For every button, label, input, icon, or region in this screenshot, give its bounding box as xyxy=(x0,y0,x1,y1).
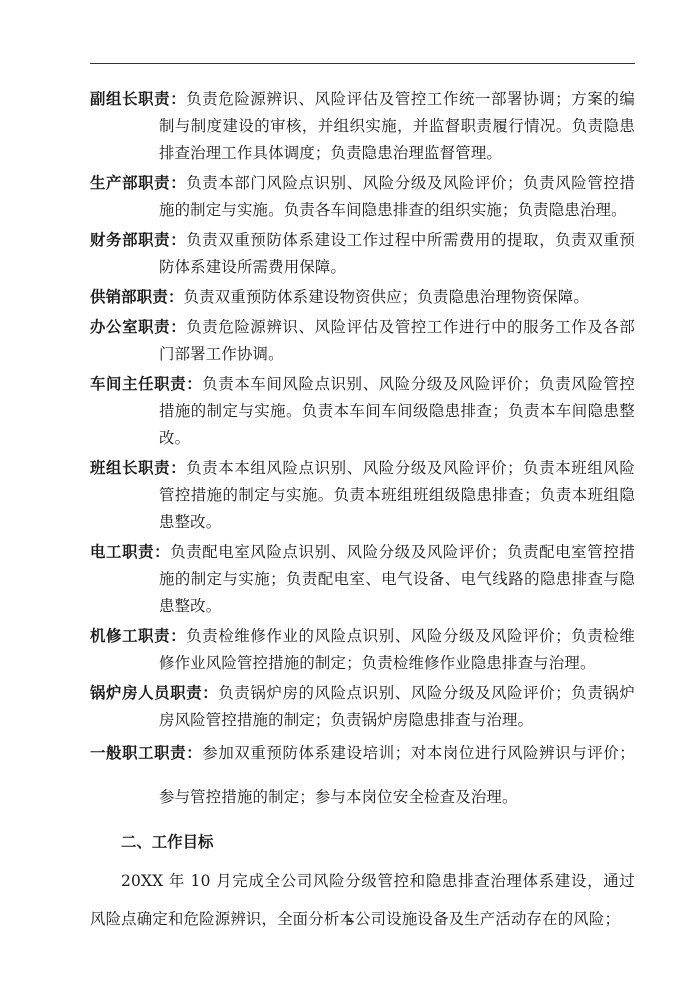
responsibility-item: 锅炉房人员职责：负责锅炉房的风险点识别、风险分级及风险评价；负责锅炉房风险管控措… xyxy=(90,680,635,734)
responsibility-text: 参加双重预防体系建设培训；对本岗位进行风险辨识与评价；参与管控措施的制定；参与本… xyxy=(159,744,635,806)
responsibility-text: 负责双重预防体系建设工作过程中所需费用的提取，负责双重预防体系建设所需费用保障。 xyxy=(159,231,635,276)
responsibility-label: 供销部职责： xyxy=(90,288,184,306)
section-heading: 二、工作目标 xyxy=(121,822,635,862)
responsibility-item: 供销部职责：负责双重预防体系建设物资供应；负责隐患治理物资保障。 xyxy=(90,284,635,311)
responsibility-item: 电工职责：负责配电室风险点识别、风险分级及风险评价；负责配电室管控措施的制定与实… xyxy=(90,539,635,620)
responsibility-label: 一般职工职责： xyxy=(90,744,202,762)
responsibility-label: 财务部职责： xyxy=(90,231,186,249)
responsibility-label: 生产部职责： xyxy=(90,174,186,192)
responsibility-item: 副组长职责：负责危险源辨识、风险评估及管控工作统一部署协调；方案的编制与制度建设… xyxy=(90,86,635,167)
responsibility-label: 班组长职责： xyxy=(90,459,186,477)
responsibility-text: 负责双重预防体系建设物资供应；负责隐患治理物资保障。 xyxy=(184,288,589,306)
responsibility-text: 负责危险源辨识、风险评估及管控工作统一部署协调；方案的编制与制度建设的审核，并组… xyxy=(159,90,635,162)
responsibility-item: 办公室职责：负责危险源辨识、风险评估及管控工作进行中的服务工作及各部门部署工作协… xyxy=(90,314,635,368)
responsibility-text: 负责本本组风险点识别、风险分级及风险评价；负责本班组风险管控措施的制定与实施。负… xyxy=(159,459,635,531)
responsibility-item: 财务部职责：负责双重预防体系建设工作过程中所需费用的提取，负责双重预防体系建设所… xyxy=(90,227,635,281)
responsibility-label: 锅炉房人员职责： xyxy=(90,684,218,702)
responsibility-text: 负责危险源辨识、风险评估及管控工作进行中的服务工作及各部门部署工作协调。 xyxy=(159,318,635,363)
responsibility-item: 车间主任职责：负责本车间风险点识别、风险分级及风险评价；负责风险管控措施的制定与… xyxy=(90,371,635,452)
responsibility-text: 负责本车间风险点识别、风险分级及风险评价；负责风险管控措施的制定与实施。负责本车… xyxy=(159,375,635,447)
responsibility-item: 机修工职责：负责检维修作业的风险点识别、风险分级及风险评价；负责检维修作业风险管… xyxy=(90,623,635,677)
responsibility-item: 生产部职责：负责本部门风险点识别、风险分级及风险评价；负责风险管控措施的制定与实… xyxy=(90,170,635,224)
document-body: 副组长职责：负责危险源辨识、风险评估及管控工作统一部署协调；方案的编制与制度建设… xyxy=(90,86,635,938)
responsibility-label: 电工职责： xyxy=(90,543,170,561)
responsibility-text: 负责本部门风险点识别、风险分级及风险评价；负责风险管控措施的制定与实施。负责各车… xyxy=(159,174,635,219)
responsibility-text: 负责检维修作业的风险点识别、风险分级及风险评价；负责检维修作业风险管控措施的制定… xyxy=(159,627,635,672)
page-number: 5 xyxy=(0,917,700,928)
responsibility-item: 班组长职责：负责本本组风险点识别、风险分级及风险评价；负责本班组风险管控措施的制… xyxy=(90,455,635,536)
responsibility-label: 副组长职责： xyxy=(90,90,186,108)
header-rule xyxy=(90,63,635,64)
responsibility-item: 一般职工职责：参加双重预防体系建设培训；对本岗位进行风险辨识与评价；参与管控措施… xyxy=(90,731,635,819)
responsibility-text: 负责锅炉房的风险点识别、风险分级及风险评价；负责锅炉房风险管控措施的制定；负责锅… xyxy=(159,684,635,729)
responsibility-label: 车间主任职责： xyxy=(90,375,202,393)
responsibility-text: 负责配电室风险点识别、风险分级及风险评价；负责配电室管控措施的制定与实施；负责配… xyxy=(159,543,635,615)
responsibility-label: 办公室职责： xyxy=(90,318,186,336)
responsibility-label: 机修工职责： xyxy=(90,627,186,645)
